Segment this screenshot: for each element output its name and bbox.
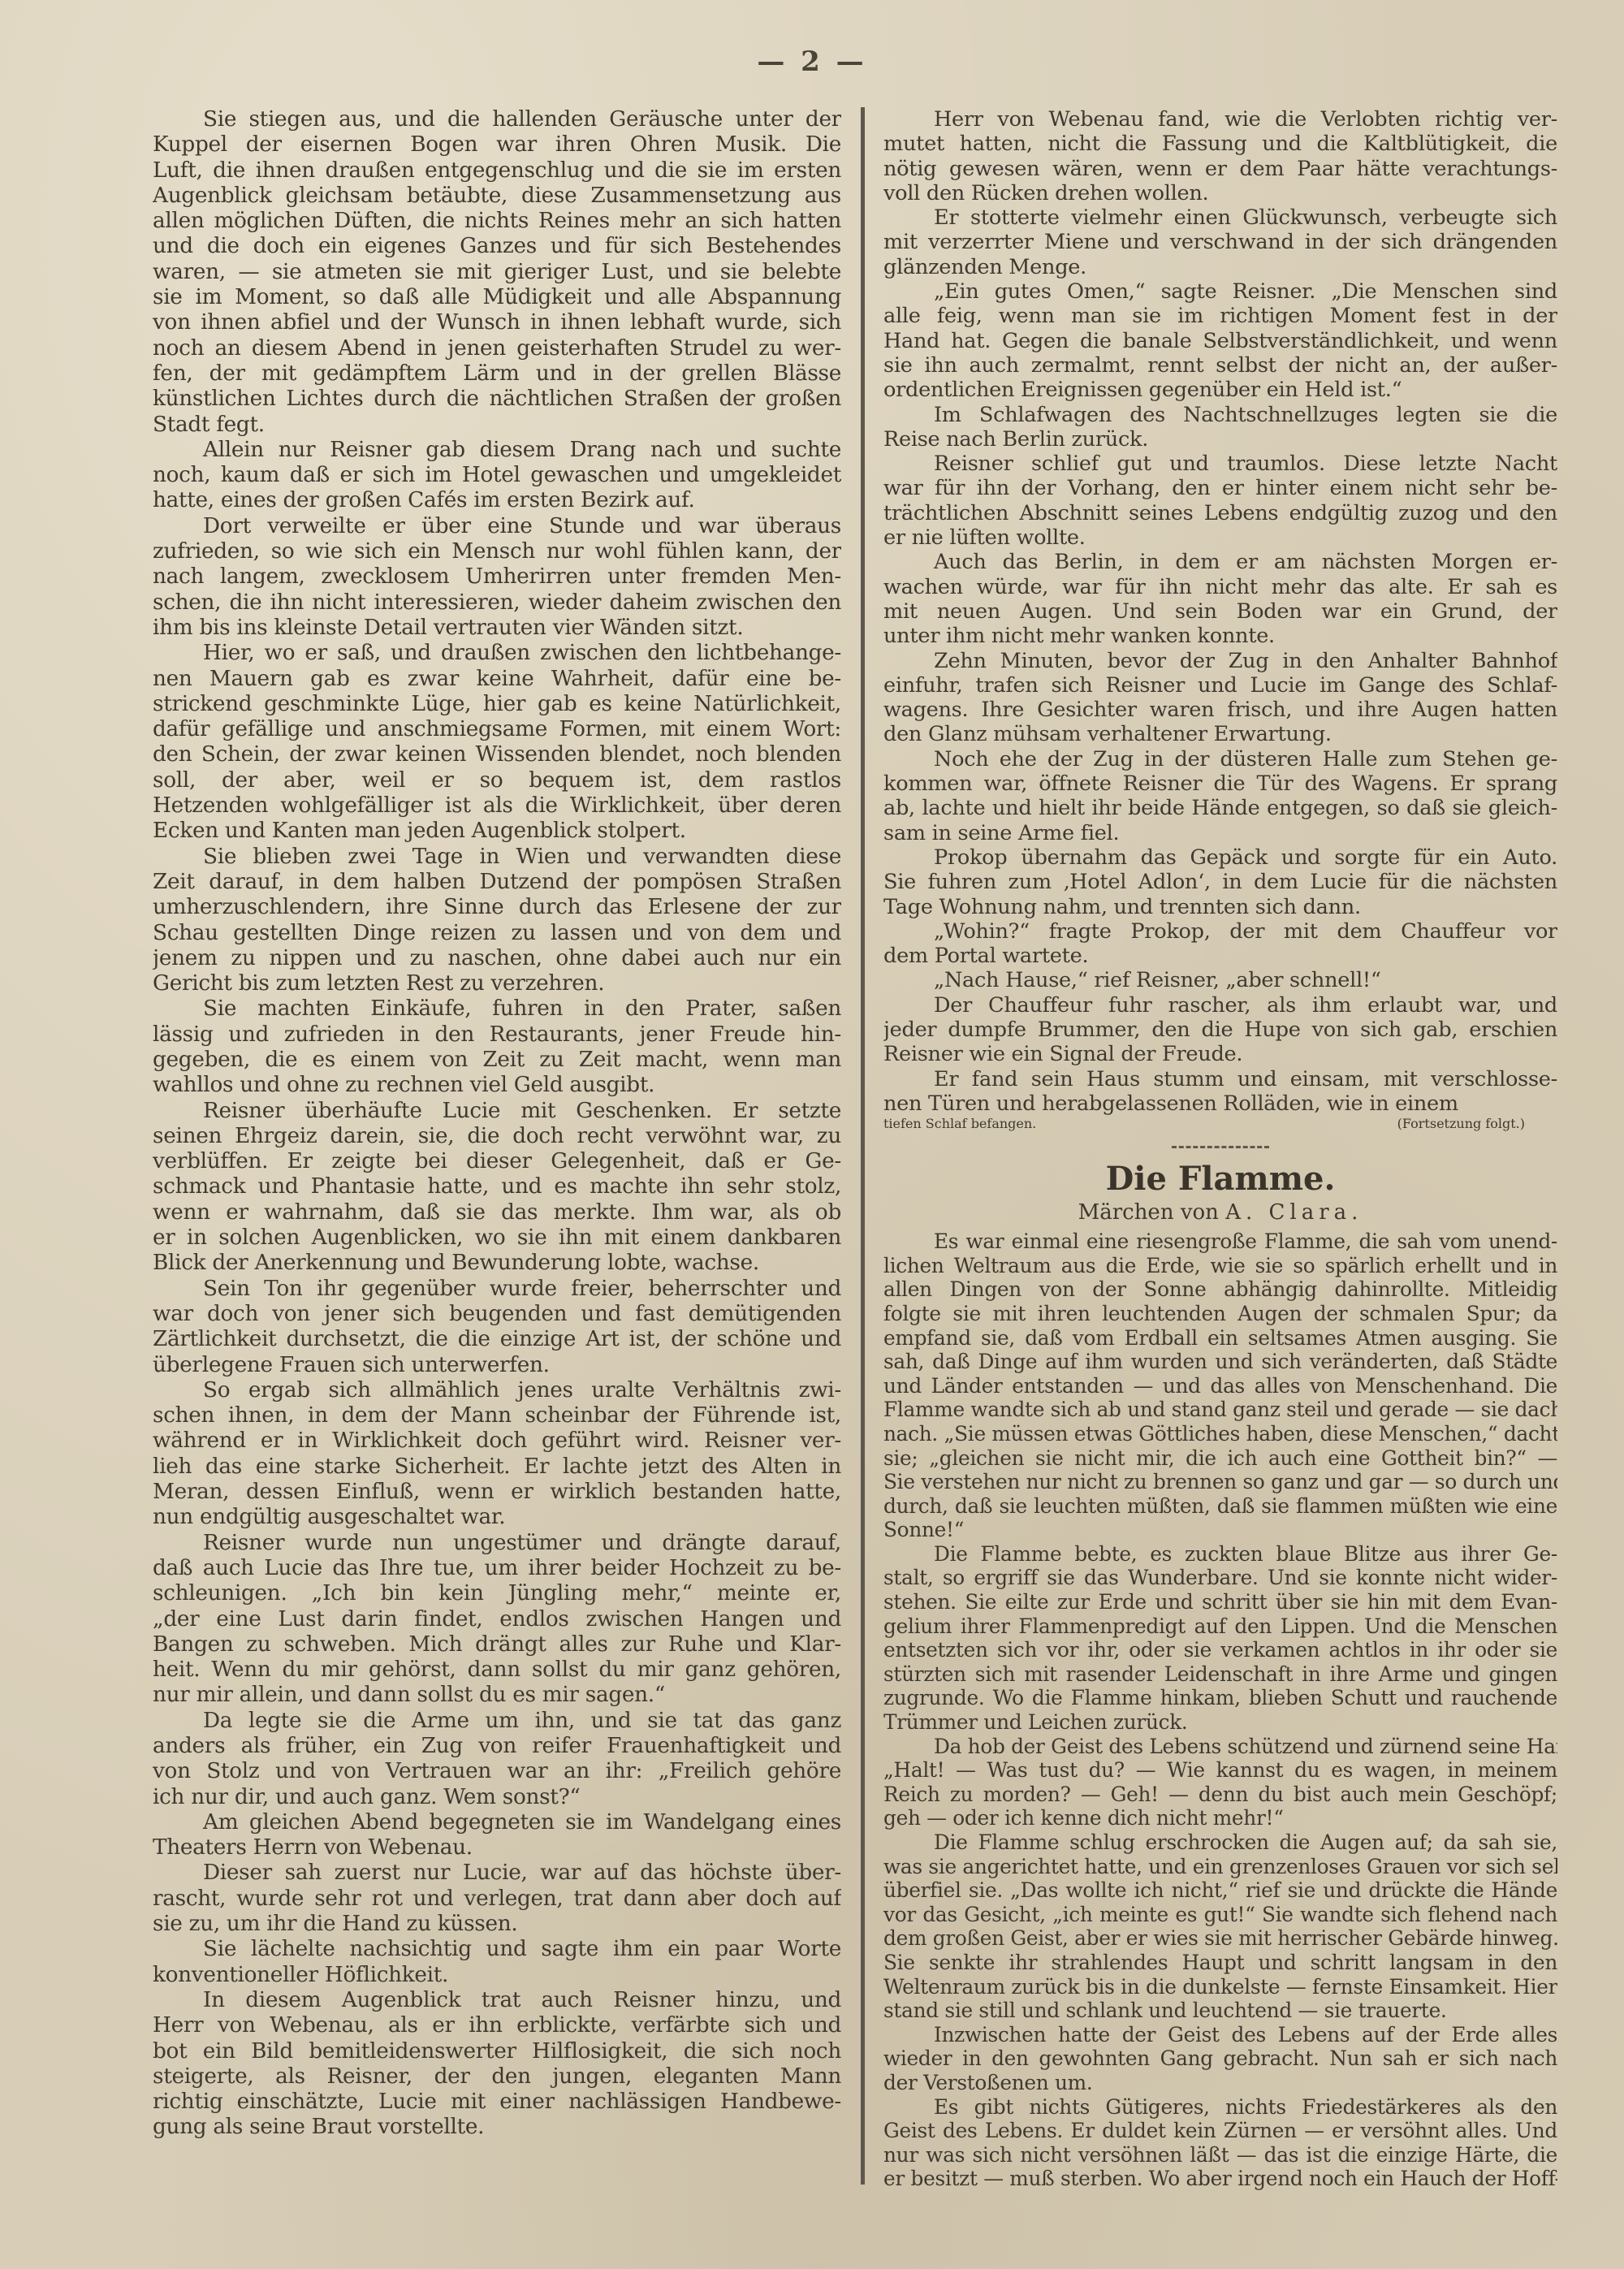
subtitle-prefix: Märchen von — [1078, 1200, 1219, 1225]
text-line: und die doch ein eigenes Ganzes und für … — [153, 234, 841, 259]
text-line: mit verzerrter Miene und verschwand in d… — [883, 230, 1557, 254]
text-line: Reisner wurde nun ungestümer und drängte… — [153, 1531, 841, 1556]
text-line: folgte sie mit ihren leuchtenden Augen d… — [883, 1302, 1557, 1326]
text-line: Im Schlafwagen des Nachtschnellzuges leg… — [883, 403, 1557, 427]
text-line: gung als seine Braut vorstellte. — [153, 2115, 841, 2140]
text-line: gelium ihrer Flammenpredigt auf den Lipp… — [883, 1614, 1557, 1639]
paragraph: Herr von Webenau fand, wie die Verlobten… — [883, 107, 1557, 205]
text-line: Schau gestellten Dinge reizen zu lassen … — [153, 921, 841, 946]
text-line: fen, der mit gedämpftem Lärm und in der … — [153, 361, 841, 387]
text-line: Sein Ton ihr gegenüber wurde freier, beh… — [153, 1277, 841, 1302]
text-line: trächtlichen Abschnitt seines Lebens end… — [883, 501, 1557, 525]
paragraph: Am gleichen Abend begegneten sie im Wand… — [153, 1810, 841, 1861]
paragraph: „Wohin?“ fragte Prokop, der mit dem Chau… — [883, 919, 1557, 969]
text-line: Hier, wo er saß, und draußen zwischen de… — [153, 641, 841, 666]
paragraph: Es gibt nichts Gütigeres, nichts Friedes… — [883, 2095, 1557, 2191]
text-line: Luft, die ihnen draußen entgegenschlug u… — [153, 158, 841, 184]
text-line: steigerte, als Reisner, der den jungen, … — [153, 2064, 841, 2090]
text-line: Er stotterte vielmehr einen Glückwunsch,… — [883, 205, 1557, 230]
text-line: anders als früher, ein Zug von reifer Fr… — [153, 1734, 841, 1759]
text-line: Sie verstehen nur nicht zu brennen so ga… — [883, 1470, 1557, 1494]
story-author: A. Clara. — [1225, 1200, 1363, 1225]
text-line: war doch von jener sich beugenden und fa… — [153, 1302, 841, 1327]
text-line: Hand hat. Gegen die banale Selbstverstän… — [883, 329, 1557, 353]
text-line: schen, die ihn nicht interessieren, wied… — [153, 590, 841, 616]
text-line: konventioneller Höflichkeit. — [153, 1963, 841, 1988]
text-line: stehen. Sie eilte zur Erde und schritt ü… — [883, 1590, 1557, 1614]
text-line: Hetzenden wohlgefälliger ist als die Wir… — [153, 793, 841, 819]
paragraph: In diesem Augenblick trat auch Reisner h… — [153, 1988, 841, 2141]
text-line: seinen Ehrgeiz darein, sie, die doch rec… — [153, 1124, 841, 1149]
text-line: Meran, dessen Einfluß, wenn er wirklich … — [153, 1480, 841, 1505]
paragraph: Reisner überhäufte Lucie mit Geschenken.… — [153, 1099, 841, 1277]
text-line: Allein nur Reisner gab diesem Drang nach… — [153, 438, 841, 463]
text-line: wenn er wahrnahm, daß sie das merkte. Ih… — [153, 1200, 841, 1225]
text-line: sie; „gleichen sie nicht mir, die ich au… — [883, 1446, 1557, 1471]
text-line: empfand sie, daß vom Erdball ein seltsam… — [883, 1326, 1557, 1351]
text-line: daß auch Lucie das Ihre tue, um ihrer be… — [153, 1556, 841, 1581]
text-line: künstlichen Lichtes durch die nächtliche… — [153, 387, 841, 412]
text-line: Herr von Webenau, als er ihn erblickte, … — [153, 2013, 841, 2038]
text-line: Ecken und Kanten man jeden Augenblick st… — [153, 819, 841, 844]
text-line: Weltenraum zurück bis in die dunkelste —… — [883, 1975, 1557, 1999]
paragraph: Da legte sie die Arme um ihn, und sie ta… — [153, 1709, 841, 1810]
text-line: Sie blieben zwei Tage in Wien und verwan… — [153, 845, 841, 870]
text-line: Am gleichen Abend begegneten sie im Wand… — [153, 1810, 841, 1835]
paragraph: Es war einmal eine riesengroße Flamme, d… — [883, 1230, 1557, 1542]
text-line: vor das Gesicht, „ich meinte es gut!“ Si… — [883, 1903, 1557, 1927]
text-line: hatte, eines der großen Cafés im ersten … — [153, 488, 841, 513]
text-line: mutet hatten, nicht die Fassung und die … — [883, 132, 1557, 156]
text-line: überlegene Frauen sich unterwerfen. — [153, 1353, 841, 1378]
text-line: alle feig, wenn man sie im richtigen Mom… — [883, 304, 1557, 328]
text-line: nach. „Sie müssen etwas Göttliches haben… — [883, 1422, 1557, 1446]
text-line: Da legte sie die Arme um ihn, und sie ta… — [153, 1709, 841, 1734]
text-line: noch, kaum daß er sich im Hotel gewasche… — [153, 463, 841, 488]
text-line: „Wohin?“ fragte Prokop, der mit dem Chau… — [883, 919, 1557, 944]
text-line: und Länder entstanden — und das alles vo… — [883, 1374, 1557, 1398]
text-line: „Ein gutes Omen,“ sagte Reisner. „Die Me… — [883, 279, 1557, 304]
text-line: nötig gewesen wären, wenn er dem Paar hä… — [883, 157, 1557, 181]
paragraph: Sie stiegen aus, und die hallenden Geräu… — [153, 107, 841, 438]
text-line: Noch ehe der Zug in der düsteren Halle z… — [883, 747, 1557, 771]
text-line: Zehn Minuten, bevor der Zug in den Anhal… — [883, 649, 1557, 673]
text-line: sie im Moment, so daß alle Müdigkeit und… — [153, 285, 841, 310]
text-line: „Nach Hause,“ rief Reisner, „aber schnel… — [883, 968, 1557, 992]
text-line: „Halt! — Was tust du? — Wie kannst du es… — [883, 1758, 1557, 1783]
text-line: So ergab sich allmählich jenes uralte Ve… — [153, 1378, 841, 1403]
text-line: unter ihm nicht mehr wanken konnte. — [883, 624, 1557, 648]
paragraph: Er stotterte vielmehr einen Glückwunsch,… — [883, 205, 1557, 279]
text-line: Reich zu morden? — Geh! — denn du bist a… — [883, 1783, 1557, 1807]
paragraph: Dort verweilte er über eine Stunde und w… — [153, 514, 841, 641]
right-column: Herr von Webenau fand, wie die Verlobten… — [883, 107, 1557, 2191]
text-line: Die Flamme bebte, es zuckten blaue Blitz… — [883, 1542, 1557, 1567]
paragraph: Sie blieben zwei Tage in Wien und verwan… — [153, 845, 841, 997]
text-line: allen Dingen von der Sonne abhängig dahi… — [883, 1277, 1557, 1302]
text-line: waren, — sie atmeten sie mit gieriger Lu… — [153, 260, 841, 285]
text-line: dem Portal wartete. — [883, 944, 1557, 968]
text-line: ab, lachte und hielt ihr beide Hände ent… — [883, 796, 1557, 820]
text-line: zufrieden, so wie sich ein Mensch nur wo… — [153, 539, 841, 564]
text-line: jeder dumpfe Brummer, den die Hupe von s… — [883, 1018, 1557, 1042]
text-line: nen Mauern gab es zwar keine Wahrheit, d… — [153, 667, 841, 692]
text-line: kommen war, öffnete Reisner die Tür des … — [883, 771, 1557, 796]
paragraph: Hier, wo er saß, und draußen zwischen de… — [153, 641, 841, 844]
text-line: glänzenden Menge. — [883, 255, 1557, 279]
text-line: sah, daß Dinge auf ihm wurden und sich v… — [883, 1350, 1557, 1374]
text-line: Augenblick gleichsam betäubte, diese Zus… — [153, 184, 841, 209]
text-line: allen möglichen Düften, die nichts Reine… — [153, 209, 841, 234]
paragraph: So ergab sich allmählich jenes uralte Ve… — [153, 1378, 841, 1531]
text-line: ihm bis ins kleinste Detail vertrauten v… — [153, 616, 841, 641]
paragraph: Die Flamme bebte, es zuckten blaue Blitz… — [883, 1542, 1557, 1735]
text-line: Gericht bis zum letzten Rest zu verzehre… — [153, 971, 841, 996]
closing-line: tiefen Schlaf befangen. — [883, 1116, 1036, 1131]
paragraph: „Nach Hause,“ rief Reisner, „aber schnel… — [883, 968, 1557, 992]
text-line: jenem zu nippen und zu naschen, ohne dab… — [153, 946, 841, 971]
text-line: Sie senkte ihr strahlendes Haupt und sch… — [883, 1951, 1557, 1975]
text-line: Zeit darauf, in dem halben Dutzend der p… — [153, 870, 841, 895]
text-line: mit neuen Augen. Und sein Boden war ein … — [883, 599, 1557, 624]
text-line: was sie angerichtet hatte, und ein grenz… — [883, 1855, 1557, 1879]
text-line: lichen Weltraum aus die Erde, wie sie so… — [883, 1254, 1557, 1278]
text-line: schleunigen. „Ich bin kein Jüngling mehr… — [153, 1581, 841, 1606]
text-line: von ihnen abfiel und der Wunsch in ihnen… — [153, 310, 841, 335]
text-line: stürzten sich mit rasender Leidenschaft … — [883, 1662, 1557, 1687]
paragraph: Reisner wurde nun ungestümer und drängte… — [153, 1531, 841, 1709]
text-line: Trümmer und Leichen zurück. — [883, 1710, 1557, 1735]
text-line: Blick der Anerkennung und Bewunderung lo… — [153, 1251, 841, 1276]
text-line: er besitzt — muß sterben. Wo aber irgend… — [883, 2167, 1557, 2191]
text-line: lieh das eine starke Sicherheit. Er lach… — [153, 1454, 841, 1480]
text-line: rascht, wurde sehr rot und verlegen, tra… — [153, 1887, 841, 1912]
paragraph: Sein Ton ihr gegenüber wurde freier, beh… — [153, 1277, 841, 1378]
paragraph: Prokop übernahm das Gepäck und sorgte fü… — [883, 845, 1557, 919]
column-divider — [861, 107, 865, 2185]
text-line: „der eine Lust darin findet, endlos zwis… — [153, 1607, 841, 1632]
text-line: war für ihn der Vorhang, den er hinter e… — [883, 476, 1557, 500]
paragraph: Sie machten Einkäufe, fuhren in den Prat… — [153, 996, 841, 1098]
text-line: der Verstoßenen um. — [883, 2071, 1557, 2095]
text-line: verblüffen. Er zeigte bei dieser Gelegen… — [153, 1149, 841, 1174]
paragraph: Auch das Berlin, in dem er am nächsten M… — [883, 550, 1557, 648]
text-line: Sie fuhren zum ‚Hotel Adlon‘, in dem Luc… — [883, 870, 1557, 894]
text-line: ordentlichen Ereignissen gegenüber ein H… — [883, 378, 1557, 402]
text-line: er in solchen Augenblicken, wo sie ihn m… — [153, 1225, 841, 1251]
text-line: Auch das Berlin, in dem er am nächsten M… — [883, 550, 1557, 574]
text-line: Reisner überhäufte Lucie mit Geschenken.… — [153, 1099, 841, 1124]
paragraph: Sie lächelte nachsichtig und sagte ihm e… — [153, 1937, 841, 1988]
text-line: wahllos und ohne zu rechnen viel Geld au… — [153, 1073, 841, 1098]
text-line: Er fand sein Haus stumm und einsam, mit … — [883, 1067, 1557, 1091]
text-line: richtig einschätzte, Lucie mit einer nac… — [153, 2090, 841, 2115]
text-line: nach langem, zwecklosem Umherirren unter… — [153, 564, 841, 590]
text-line: Der Chauffeur fuhr rascher, als ihm erla… — [883, 993, 1557, 1018]
text-line: umherzuschlendern, ihre Sinne durch das … — [153, 895, 841, 920]
text-line: nun endgültig ausgeschaltet war. — [153, 1505, 841, 1530]
paragraph: Er fand sein Haus stumm und einsam, mit … — [883, 1067, 1557, 1117]
text-line: schen ihnen, in dem der Mann scheinbar d… — [153, 1403, 841, 1428]
text-line: Flamme wandte sich ab und stand ganz ste… — [883, 1398, 1557, 1422]
text-line: ich nur dir, und auch ganz. Wem sonst?“ — [153, 1785, 841, 1810]
text-line: Sonne!“ — [883, 1518, 1557, 1542]
text-line: strickend geschminkte Lüge, hier gab es … — [153, 692, 841, 717]
text-line: Reisner wie ein Signal der Freude. — [883, 1042, 1557, 1066]
text-line: Zärtlichkeit durchsetzt, die die einzige… — [153, 1327, 841, 1352]
text-line: durch, daß sie leuchten müßten, daß sie … — [883, 1494, 1557, 1519]
text-line: dafür gefällige und anschmiegsame Formen… — [153, 717, 841, 742]
text-line: wieder in den gewohnten Gang gebracht. N… — [883, 2046, 1557, 2071]
text-line: während er in Wirklichkeit doch geführt … — [153, 1428, 841, 1454]
section-separator — [1172, 1146, 1269, 1148]
page-number: — 2 — — [0, 45, 1624, 78]
text-line: Theaters Herrn von Webenau. — [153, 1835, 841, 1861]
text-line: den Glanz mühsam verhaltener Erwartung. — [883, 722, 1557, 746]
paragraph: Die Flamme schlug erschrocken die Augen … — [883, 1830, 1557, 2023]
story-subtitle: Märchen von A. Clara. — [883, 1199, 1557, 1226]
paragraph: Inzwischen hatte der Geist des Lebens au… — [883, 2023, 1557, 2095]
text-line: nur mir allein, und dann sollst du es mi… — [153, 1683, 841, 1708]
text-line: geh — oder ich kenne dich nicht mehr!“ — [883, 1806, 1557, 1830]
text-line: Stadt fegt. — [153, 413, 841, 438]
paragraph: Noch ehe der Zug in der düsteren Halle z… — [883, 747, 1557, 845]
text-line: Kuppel der eisernen Bogen war ihren Ohre… — [153, 132, 841, 158]
text-line: er nie lüften wollte. — [883, 525, 1557, 550]
paragraph: Da hob der Geist des Lebens schützend un… — [883, 1735, 1557, 1830]
left-column: Sie stiegen aus, und die hallenden Geräu… — [153, 107, 841, 2141]
text-line: einfuhr, trafen sich Reisner und Lucie i… — [883, 673, 1557, 698]
text-line: Tage Wohnung nahm, und trennten sich dan… — [883, 895, 1557, 919]
text-line: Die Flamme schlug erschrocken die Augen … — [883, 1830, 1557, 1855]
text-line: überfiel sie. „Das wollte ich nicht,“ ri… — [883, 1878, 1557, 1903]
text-line: wagens. Ihre Gesichter waren frisch, und… — [883, 698, 1557, 722]
text-line: stand sie still und schlank und leuchten… — [883, 1999, 1557, 2023]
text-line: Herr von Webenau fand, wie die Verlobten… — [883, 107, 1557, 132]
text-line: soll, der aber, weil er so bequem ist, d… — [153, 768, 841, 793]
text-line: dem großen Geist, aber er wies sie mit h… — [883, 1926, 1557, 1951]
continuation-line: tiefen Schlaf befangen. (Fortsetzung fol… — [883, 1116, 1557, 1131]
text-line: Sie machten Einkäufe, fuhren in den Prat… — [153, 996, 841, 1022]
paragraph: Dieser sah zuerst nur Lucie, war auf das… — [153, 1861, 841, 1937]
text-line: Sie lächelte nachsichtig und sagte ihm e… — [153, 1937, 841, 1962]
story-body: Es war einmal eine riesengroße Flamme, d… — [883, 1230, 1557, 2191]
text-line: entsetzten sich vor ihr, oder sie verkam… — [883, 1638, 1557, 1662]
novel-continuation: Herr von Webenau fand, wie die Verlobten… — [883, 107, 1557, 1116]
paragraph: Im Schlafwagen des Nachtschnellzuges leg… — [883, 403, 1557, 452]
text-line: Geist des Lebens. Er duldet kein Zürnen … — [883, 2119, 1557, 2143]
text-line: Bangen zu schweben. Mich drängt alles zu… — [153, 1632, 841, 1657]
text-line: den Schein, der zwar keinen Wissenden bl… — [153, 742, 841, 767]
paragraph: Reisner schlief gut und traumlos. Diese … — [883, 452, 1557, 550]
text-line: nur was sich nicht versöhnen läßt — das … — [883, 2143, 1557, 2167]
text-line: noch an diesem Abend in jenen geisterhaf… — [153, 336, 841, 361]
text-line: von Stolz und von Vertrauen war an ihr: … — [153, 1759, 841, 1784]
text-line: Inzwischen hatte der Geist des Lebens au… — [883, 2023, 1557, 2047]
text-line: schmack und Phantasie hatte, und es mach… — [153, 1174, 841, 1199]
text-line: zugrunde. Wo die Flamme hinkam, blieben … — [883, 1686, 1557, 1710]
text-line: In diesem Augenblick trat auch Reisner h… — [153, 1988, 841, 2013]
text-line: Prokop übernahm das Gepäck und sorgte fü… — [883, 845, 1557, 870]
text-line: sam in seine Arme fiel. — [883, 821, 1557, 845]
paragraph: „Ein gutes Omen,“ sagte Reisner. „Die Me… — [883, 279, 1557, 402]
text-line: voll den Rücken drehen wollen. — [883, 181, 1557, 205]
text-line: Es gibt nichts Gütigeres, nichts Friedes… — [883, 2095, 1557, 2120]
text-line: bot ein Bild bemitleidenswerter Hilflosi… — [153, 2039, 841, 2064]
paragraph: Allein nur Reisner gab diesem Drang nach… — [153, 438, 841, 514]
text-line: gegeben, die es einem von Zeit zu Zeit m… — [153, 1048, 841, 1073]
paragraph: Der Chauffeur fuhr rascher, als ihm erla… — [883, 993, 1557, 1067]
story-title: Die Flamme. — [883, 1160, 1557, 1199]
text-line: sie zu, um ihr die Hand zu küssen. — [153, 1912, 841, 1937]
paragraph: Zehn Minuten, bevor der Zug in den Anhal… — [883, 649, 1557, 747]
text-line: sie ihn auch zermalmt, rennt selbst der … — [883, 353, 1557, 378]
continuation-note: (Fortsetzung folgt.) — [1397, 1116, 1557, 1131]
text-line: stalt, so ergriff sie das Wunderbare. Un… — [883, 1566, 1557, 1590]
text-line: lässig und zufrieden in den Restaurants,… — [153, 1022, 841, 1048]
text-line: heit. Wenn du mir gehörst, dann sollst d… — [153, 1657, 841, 1683]
text-line: wachen würde, war für ihn nicht mehr das… — [883, 575, 1557, 599]
text-line: Da hob der Geist des Lebens schützend un… — [883, 1735, 1557, 1759]
text-line: Reise nach Berlin zurück. — [883, 427, 1557, 452]
text-line: nen Türen und herabgelassenen Rolläden, … — [883, 1091, 1557, 1116]
text-line: Es war einmal eine riesengroße Flamme, d… — [883, 1230, 1557, 1254]
text-line: Sie stiegen aus, und die hallenden Geräu… — [153, 107, 841, 132]
text-line: Dort verweilte er über eine Stunde und w… — [153, 514, 841, 539]
text-line: Reisner schlief gut und traumlos. Diese … — [883, 452, 1557, 476]
text-line: Dieser sah zuerst nur Lucie, war auf das… — [153, 1861, 841, 1886]
